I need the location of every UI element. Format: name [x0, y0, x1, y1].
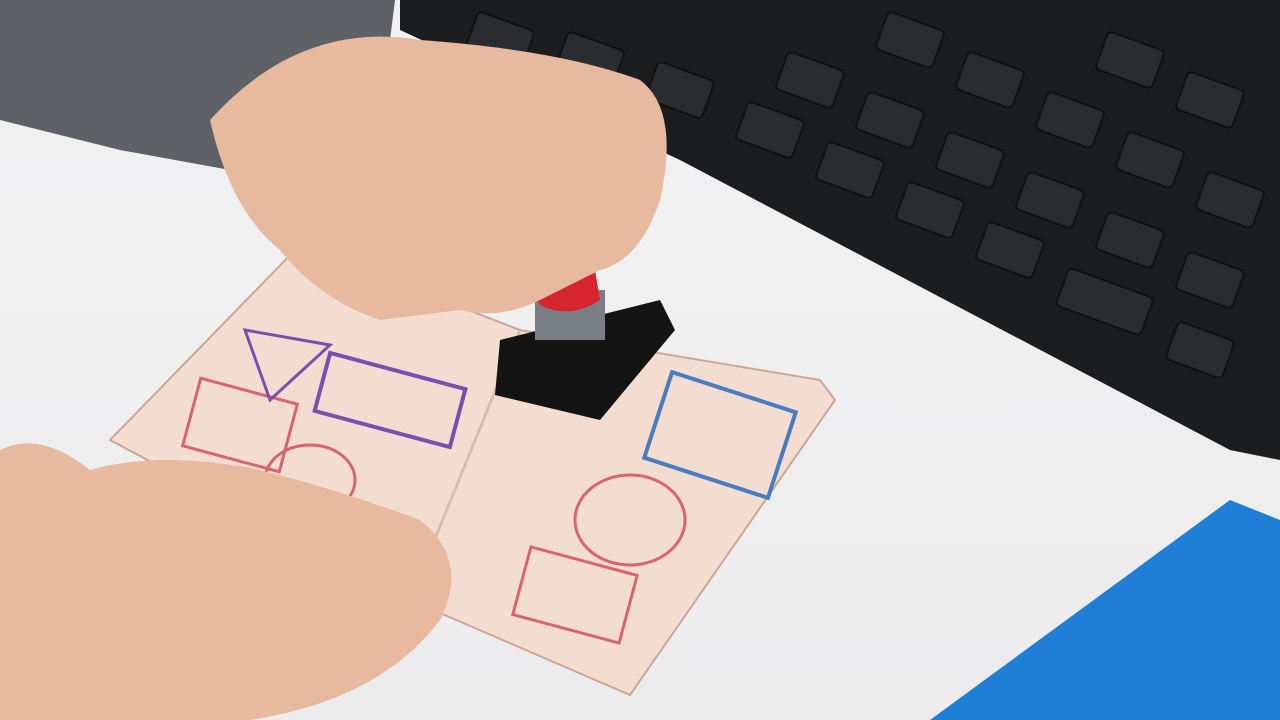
blue-folder [930, 500, 1280, 720]
photo-illustration [0, 0, 1280, 720]
photo-scene [0, 0, 1280, 720]
